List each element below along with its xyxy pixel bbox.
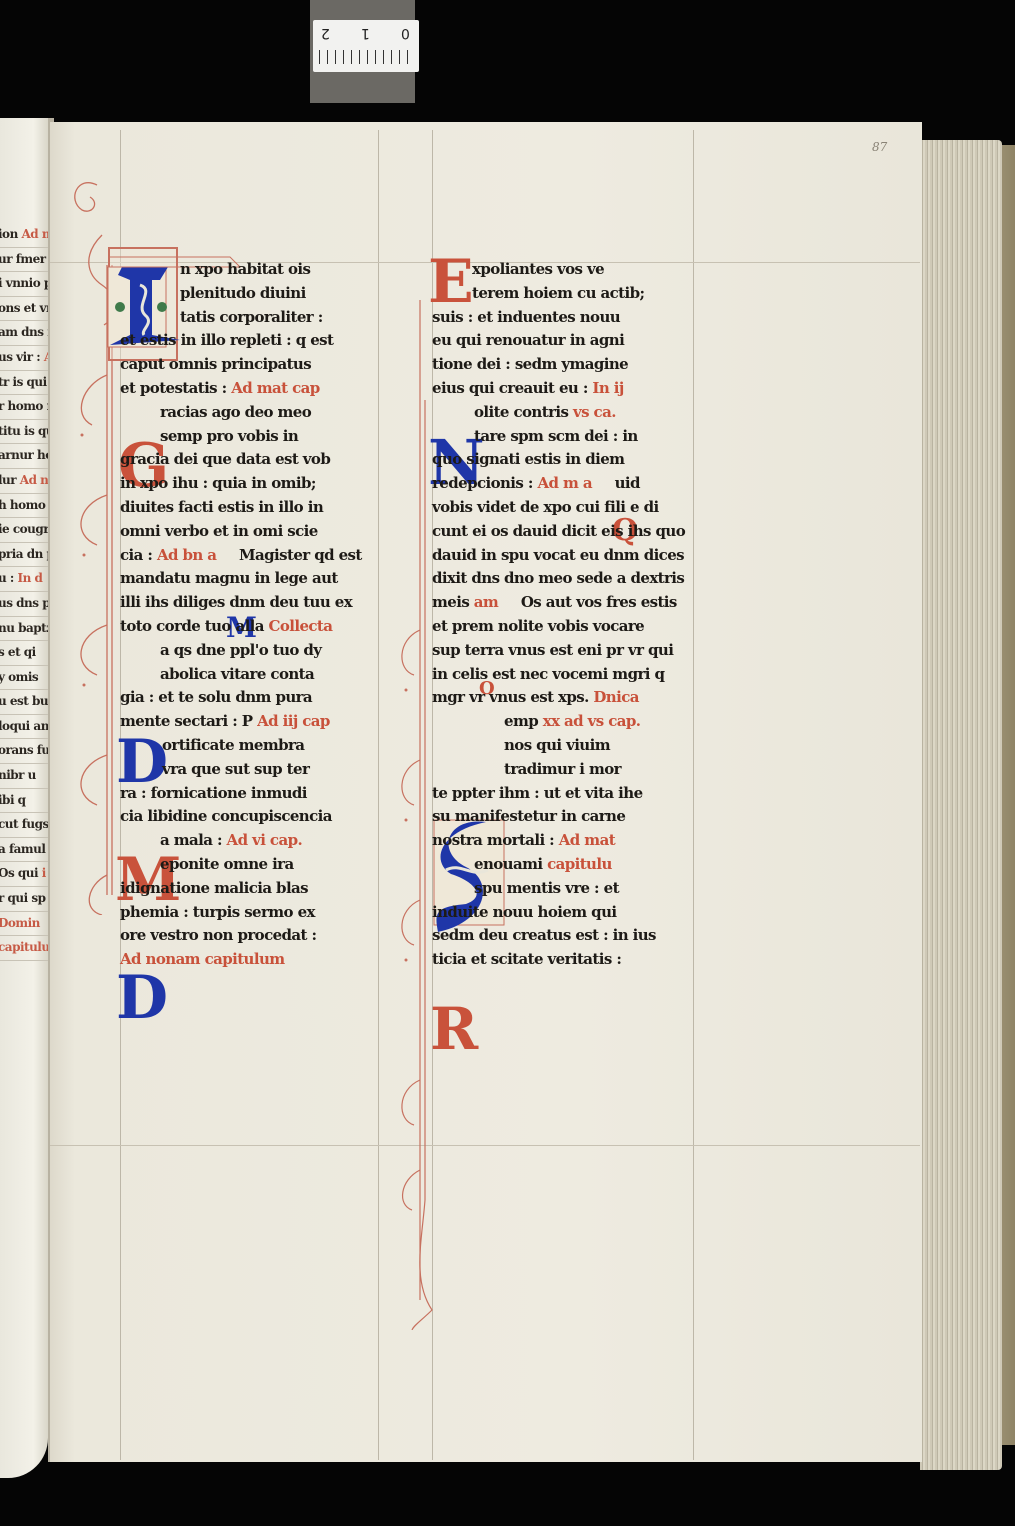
verso-line: ur fmer	[0, 248, 48, 273]
manuscript-line: induite nouu hoiem qui	[432, 901, 700, 925]
manuscript-line: diuites facti estis in illo in	[120, 496, 380, 520]
ruler-ticks	[319, 50, 413, 64]
verso-line: Os qui i	[0, 862, 48, 887]
rubric: Ad bn a	[157, 546, 216, 564]
verso-line: i vnnio p	[0, 272, 48, 297]
line-text: in celis est nec vocemi mgri q	[432, 665, 664, 683]
line-text-after-initial: uid	[597, 474, 640, 492]
line-text: vobis videt de xpo cui fili e di	[432, 498, 659, 516]
rubric: Collecta	[269, 617, 333, 635]
line-text: cia libidine concupiscencia	[120, 807, 332, 825]
verso-line-text: ur fmer	[0, 252, 46, 266]
rubric: Ad m a	[537, 474, 592, 492]
verso-line: nu baptz	[0, 617, 48, 642]
folio-number: 87	[872, 140, 887, 154]
line-text: eponite omne ira	[160, 855, 294, 873]
verso-line-text: titu is qui	[0, 424, 48, 438]
line-text: dauid in spu vocat eu dnm dices	[432, 546, 684, 564]
ruler-label-1: 1	[361, 25, 370, 41]
verso-rubric: In d	[18, 571, 43, 585]
line-text: abolica vitare conta	[160, 665, 314, 683]
verso-line: ion Ad m	[0, 223, 48, 248]
verso-line: r homo na	[0, 395, 48, 420]
line-text: olite contris	[474, 403, 568, 421]
verso-line: orans fu	[0, 739, 48, 764]
manuscript-line: gracia dei que data est vob	[120, 448, 380, 472]
line-text: enouami	[474, 855, 542, 873]
line-text: a mala :	[160, 831, 222, 849]
verso-line: loqui ann	[0, 715, 48, 740]
line-text: mgr vr vnus est xps.	[432, 688, 589, 706]
verso-line-text: us dns p	[0, 596, 48, 610]
verso-line: nibr u	[0, 764, 48, 789]
verso-line-text: s et qi	[0, 645, 36, 659]
line-text: mandatu magnu in lege aut	[120, 569, 338, 587]
line-text: et prem nolite vobis vocare	[432, 617, 644, 635]
verso-line: tr is qui fo	[0, 371, 48, 396]
verso-line-text: orans fu	[0, 743, 48, 757]
line-text: spu mentis vre : et	[474, 879, 619, 897]
ruler-label-0: 0	[401, 25, 410, 41]
text-column-a: n xpo habitat oisplenitudo diuinitatis c…	[120, 258, 380, 972]
verso-line-text: y omis	[0, 670, 38, 684]
line-text: et estis in illo repleti : q est	[120, 331, 333, 349]
manuscript-line: cia libidine concupiscencia	[120, 805, 380, 829]
line-text: suis : et induentes nouu	[432, 308, 620, 326]
manuscript-line: racias ago deo meo	[120, 401, 380, 425]
manuscript-line: gia : et te solu dnm pura	[120, 686, 380, 710]
manuscript-line: a qs dne ppl'o tuo dy	[120, 639, 380, 663]
line-text: sedm deu creatus est : in ius	[432, 926, 656, 944]
verso-line-text: a famul	[0, 842, 45, 856]
verso-line-text: nu baptz	[0, 621, 48, 635]
manuscript-line: nostra mortali : Ad mat	[432, 829, 700, 853]
manuscript-line: toto corde tuo alla Collecta	[120, 615, 380, 639]
manuscript-line: redepcionis : Ad m a uid	[432, 472, 700, 496]
line-text: terem hoiem cu actib;	[472, 284, 644, 302]
line-text: eu qui renouatur in agni	[432, 331, 624, 349]
verso-line: r qui sp	[0, 887, 48, 912]
line-text: omni verbo et in omi scie	[120, 522, 318, 540]
rubric: Ad nonam capitulum	[120, 950, 285, 968]
verso-line: us dns p	[0, 592, 48, 617]
verso-line: h homo : qu	[0, 494, 48, 519]
line-text: cunt ei os dauid dicit eis ihs quo	[432, 522, 685, 540]
verso-rubric: Domin	[0, 916, 40, 930]
verso-line-text: h homo : qu	[0, 498, 48, 512]
verso-line-text: ion	[0, 227, 18, 241]
manuscript-line: n xpo habitat ois	[120, 258, 380, 282]
manuscript-line: et estis in illo repleti : q est	[120, 329, 380, 353]
line-text: n xpo habitat ois	[180, 260, 310, 278]
rubric: Ad mat cap	[231, 379, 319, 397]
manuscript-line: quo signati estis in diem	[432, 448, 700, 472]
line-text: nos qui viuim	[504, 736, 610, 754]
verso-line-text: r qui sp	[0, 891, 46, 905]
line-text-after-initial: Magister qd est	[221, 546, 362, 564]
manuscript-line: mandatu magnu in lege aut	[120, 567, 380, 591]
line-text: nostra mortali :	[432, 831, 554, 849]
rubric: Ad vi cap.	[227, 831, 303, 849]
initial-R: R	[430, 1000, 478, 1058]
line-text: tione dei : sedm ymagine	[432, 355, 628, 373]
line-text: meis	[432, 593, 469, 611]
manuscript-line: su manifestetur in carne	[432, 805, 700, 829]
verso-line-text: nibr u	[0, 768, 36, 782]
line-text: tatis corporaliter :	[180, 308, 323, 326]
line-text: ortificate membra	[162, 736, 304, 754]
verso-line-text: u :	[0, 571, 14, 585]
verso-line: s et qi	[0, 641, 48, 666]
verso-line-text: u est bu	[0, 694, 48, 708]
line-text: illi ihs diliges dnm deu tuu ex	[120, 593, 352, 611]
rubric: am	[474, 593, 498, 611]
manuscript-line: xpoliantes vos ve	[432, 258, 700, 282]
manuscript-line: mente sectari : P Ad iij cap	[120, 710, 380, 734]
manuscript-line: ticia et scitate veritatis :	[432, 948, 700, 972]
line-text: emp	[504, 712, 538, 730]
verso-line-text: tr is qui fo	[0, 375, 48, 389]
line-text: semp pro vobis in	[160, 427, 298, 445]
verso-line-text: cut fugs	[0, 817, 48, 831]
manuscript-line: mgr vr vnus est xps. Dnica	[432, 686, 700, 710]
rubric: Dnica	[593, 688, 638, 706]
line-text: tradimur i mor	[504, 760, 621, 778]
line-text: cia :	[120, 546, 152, 564]
manuscript-line: enouami capitulu	[432, 853, 700, 877]
verso-line-text: Os qui	[0, 866, 38, 880]
manuscript-line: in xpo ihu : quia in omib;	[120, 472, 380, 496]
verso-line: cut fugs	[0, 813, 48, 838]
manuscript-line: Ad nonam capitulum	[120, 948, 380, 972]
line-text: caput omnis principatus	[120, 355, 311, 373]
verso-line: u : In d	[0, 567, 48, 592]
manuscript-line: dauid in spu vocat eu dnm dices	[432, 544, 700, 568]
manuscript-line: tione dei : sedm ymagine	[432, 353, 700, 377]
rubric: capitulu	[547, 855, 612, 873]
verso-line-text: r homo na	[0, 399, 48, 413]
verso-line-text: ie cougr	[0, 522, 48, 536]
manuscript-line: meis am Os aut vos fres estis	[432, 591, 700, 615]
line-text: et potestatis :	[120, 379, 227, 397]
manuscript-line: idignatione malicia blas	[120, 877, 380, 901]
rubric: In ij	[592, 379, 623, 397]
line-text: ra : fornicatione inmudi	[120, 784, 307, 802]
text-column-b: xpoliantes vos veterem hoiem cu actib;su…	[432, 258, 700, 972]
manuscript-line: caput omnis principatus	[120, 353, 380, 377]
manuscript-line: sedm deu creatus est : in ius	[432, 924, 700, 948]
line-text-after-initial: Os aut vos fres estis	[503, 593, 677, 611]
page-fore-edge	[920, 140, 1002, 1470]
rubric: vs ca.	[573, 403, 616, 421]
line-text: ore vestro non procedat :	[120, 926, 316, 944]
manuscript-line: tradimur i mor	[432, 758, 700, 782]
manuscript-line: vra que sut sup ter	[120, 758, 380, 782]
verso-line-text: lur	[0, 473, 16, 487]
line-text: sup terra vnus est eni pr vr qui	[432, 641, 673, 659]
verso-line: a famul	[0, 838, 48, 863]
manuscript-line: eu qui renouatur in agni	[432, 329, 700, 353]
verso-line: u est bu	[0, 690, 48, 715]
verso-rubric: i	[42, 866, 46, 880]
manuscript-line: ra : fornicatione inmudi	[120, 782, 380, 806]
rubric: xx ad vs cap.	[543, 712, 641, 730]
line-text: tare spm scm dei : in	[474, 427, 638, 445]
manuscript-line: nos qui viuim	[432, 734, 700, 758]
manuscript-line: tatis corporaliter :	[120, 306, 380, 330]
line-text: a qs dne ppl'o tuo dy	[160, 641, 321, 659]
verso-line: titu is qui	[0, 420, 48, 445]
verso-line-text: ibi q	[0, 793, 26, 807]
manuscript-line: cunt ei os dauid dicit eis ihs quo	[432, 520, 700, 544]
verso-line-text: loqui ann	[0, 719, 48, 733]
manuscript-line: ortificate membra	[120, 734, 380, 758]
manuscript-line: cia : Ad bn a Magister qd est	[120, 544, 380, 568]
manuscript-line: et prem nolite vobis vocare	[432, 615, 700, 639]
line-text: eius qui creauit eu :	[432, 379, 588, 397]
verso-line-text: arnur hon	[0, 448, 48, 462]
line-text: su manifestetur in carne	[432, 807, 625, 825]
verso-line: arnur hon	[0, 444, 48, 469]
initial-D-2: D	[116, 968, 168, 1028]
rubric: Ad iij cap	[257, 712, 330, 730]
verso-line-text: ons et vnis	[0, 301, 48, 315]
line-text: vra que sut sup ter	[162, 760, 309, 778]
manuscript-line: vobis videt de xpo cui fili e di	[432, 496, 700, 520]
manuscript-line: illi ihs diliges dnm deu tuu ex	[120, 591, 380, 615]
manuscript-line: semp pro vobis in	[120, 425, 380, 449]
manuscript-line: suis : et induentes nouu	[432, 306, 700, 330]
ruling-line	[50, 1145, 920, 1146]
verso-line: us vir : Ad	[0, 346, 48, 371]
verso-line: pria dn p	[0, 543, 48, 568]
verso-line: ibi q	[0, 789, 48, 814]
manuscript-line: tare spm scm dei : in	[432, 425, 700, 449]
ruler-label-2: 2	[321, 25, 330, 41]
manuscript-line: a mala : Ad vi cap.	[120, 829, 380, 853]
line-text: redepcionis :	[432, 474, 533, 492]
manuscript-line: spu mentis vre : et	[432, 877, 700, 901]
scale-ruler: 2 1 0	[313, 20, 419, 72]
manuscript-line: et potestatis : Ad mat cap	[120, 377, 380, 401]
line-text: toto corde tuo alla	[120, 617, 264, 635]
verso-line: am dns in	[0, 321, 48, 346]
manuscript-line: phemia : turpis sermo ex	[120, 901, 380, 925]
manuscript-line: ore vestro non procedat :	[120, 924, 380, 948]
manuscript-line: abolica vitare conta	[120, 663, 380, 687]
verso-line: ie cougr	[0, 518, 48, 543]
line-text: gracia dei que data est vob	[120, 450, 330, 468]
line-text: diuites facti estis in illo in	[120, 498, 323, 516]
verso-line-text: pria dn p	[0, 547, 48, 561]
line-text: mente sectari : P	[120, 712, 252, 730]
line-text: racias ago deo meo	[160, 403, 311, 421]
verso-line-text: i vnnio p	[0, 276, 48, 290]
manuscript-line: te ppter ihm : ut et vita ihe	[432, 782, 700, 806]
verso-line-text: am dns in	[0, 325, 48, 339]
line-text: dixit dns dno meo sede a dextris	[432, 569, 684, 587]
manuscript-line: emp xx ad vs cap.	[432, 710, 700, 734]
line-text: te ppter ihm : ut et vita ihe	[432, 784, 643, 802]
manuscript-line: plenitudo diuini	[120, 282, 380, 306]
line-text: quo signati estis in diem	[432, 450, 624, 468]
manuscript-line: terem hoiem cu actib;	[432, 282, 700, 306]
manuscript-line: dixit dns dno meo sede a dextris	[432, 567, 700, 591]
verso-rubric: capitulu	[0, 940, 48, 954]
verso-line-text: us vir :	[0, 350, 40, 364]
manuscript-line: eponite omne ira	[120, 853, 380, 877]
line-text: ticia et scitate veritatis :	[432, 950, 621, 968]
line-text: in xpo ihu : quia in omib;	[120, 474, 316, 492]
manuscript-line: sup terra vnus est eni pr vr qui	[432, 639, 700, 663]
verso-line: capitulu	[0, 936, 48, 961]
line-text: induite nouu hoiem qui	[432, 903, 616, 921]
line-text: idignatione malicia blas	[120, 879, 308, 897]
line-text: gia : et te solu dnm pura	[120, 688, 312, 706]
verso-line: ons et vnis	[0, 297, 48, 322]
verso-line: lur Ad noni	[0, 469, 48, 494]
rubric: Ad mat	[559, 831, 615, 849]
line-text: plenitudo diuini	[180, 284, 306, 302]
manuscript-line: eius qui creauit eu : In ij	[432, 377, 700, 401]
manuscript-line: olite contris vs ca.	[432, 401, 700, 425]
verso-line: Domin	[0, 912, 48, 937]
line-text: xpoliantes vos ve	[472, 260, 604, 278]
verso-page-edge: ion Ad mur fmeri vnnio pons et vnisam dn…	[0, 118, 48, 1478]
verso-line: y omis	[0, 666, 48, 691]
verso-text: ion Ad mur fmeri vnnio pons et vnisam dn…	[0, 223, 48, 961]
manuscript-line: in celis est nec vocemi mgri q	[432, 663, 700, 687]
verso-rubric: Ad noni	[20, 473, 48, 487]
manuscript-line: omni verbo et in omi scie	[120, 520, 380, 544]
verso-rubric: Ad m	[21, 227, 48, 241]
line-text: phemia : turpis sermo ex	[120, 903, 315, 921]
